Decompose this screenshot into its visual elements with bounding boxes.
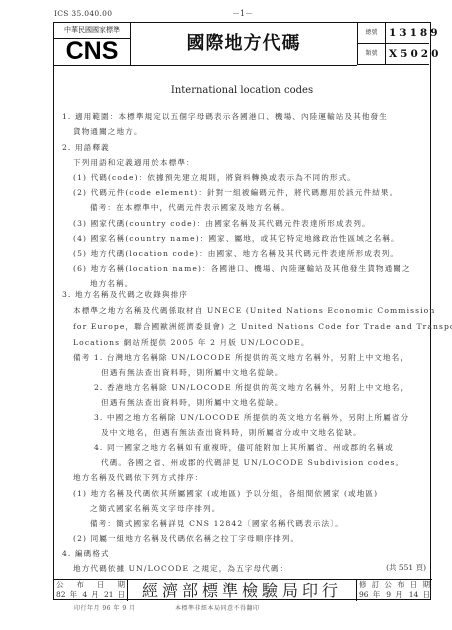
- cns-logo: CNS: [54, 38, 131, 66]
- ics-code: ICS 35.040.00: [54, 9, 112, 18]
- body-line: 但遇有無法查出資料時，則所屬中文地名從缺。: [101, 367, 284, 378]
- body-line: 4. 同一國家之地方名稱如有重複時，儘可能附加上其所屬省、州或郡的名稱或: [94, 442, 394, 453]
- body-line: (1) 代碼(code)：依據預先建立規則，將資料轉換或表示為不同的形式。: [73, 172, 356, 183]
- revised-date-box: 修 訂 公 布 日 期 96 年 9 月 14 日: [357, 579, 432, 601]
- body-line: 備考 1. 台灣地方名稱除 UN/LOCODE 所提供的英文地方名稱外，另附上中…: [73, 352, 409, 363]
- document-frame: 中華民國國家標準 CNS 國際地方代碼 總號 13189 類號 X5020 In…: [53, 22, 431, 600]
- publish-date-value: 82 年 4 月 21 日: [54, 590, 127, 600]
- body-line: (1) 地方名稱及代碼依其所屬國家 (或地區) 予以分組，各組間依國家 (或地區…: [73, 488, 378, 499]
- body-line: 之簡式國家名稱英文字母序排列。: [90, 503, 220, 514]
- page-marker: －1－: [232, 8, 253, 19]
- body-line: (2) 代碼元件(code element)：針對一組被編碼元件，將代碼應用於該…: [73, 187, 398, 198]
- body-line: (5) 地方代碼(location code)：由國家、地方名稱及其代碼元件表達…: [73, 248, 399, 259]
- body-line: 及中文地名，但遇有無法查出資料時，則所屬省分或中文地名從缺。: [101, 427, 362, 438]
- body-line: 2. 用語釋義: [62, 142, 110, 153]
- body-line: 地方代碼依據 UN/LOCODE 之規定，為五字母代碼：: [73, 563, 288, 574]
- body-line: 備考：簡式國家名稱詳見 CNS 12842〔國家名稱代碼表示法〕。: [90, 518, 344, 529]
- revised-date-value: 96 年 9 月 14 日: [357, 590, 432, 600]
- publisher: 經濟部標準檢驗局印行: [128, 579, 357, 601]
- publish-date-label: 公 布 日 期: [54, 580, 127, 590]
- document-title-en: International location codes: [54, 85, 430, 96]
- body-line: (2) 同屬一組地方名稱及代碼依名稱之拉丁字母順序排列。: [73, 533, 299, 544]
- body-line: 地方名稱及代碼依下列方式排序：: [73, 472, 203, 483]
- body-line: 4. 編碼格式: [62, 548, 110, 559]
- total-no-label: 總號: [357, 23, 385, 44]
- body-line: 備考：在本標準中，代碼元件表示國家及地方名稱。: [90, 202, 290, 213]
- body-line: 貨物通關之地方。: [73, 126, 143, 137]
- body-line: (4) 國家名稱(country name)：國家、屬地，或其它特定地緣政治性區…: [73, 233, 400, 244]
- body-line: Locations 網站所提供 2005 年 2 月版 UN/LOCODE。: [73, 337, 310, 348]
- print-date: 印行年月 96 年 9 月: [74, 603, 136, 612]
- body-line: 2. 香港地方名稱除 UN/LOCODE 所提供的英文地方名稱外，另附上中文地名…: [94, 382, 409, 393]
- body-line: for Europe，聯合國歐洲經濟委員會) 之 United Nations …: [73, 321, 452, 332]
- body-line: 下列用語和定義適用於本標準：: [73, 157, 195, 168]
- body-line: 代碼。各國之省、州或郡的代碼詳見 UN/LOCODE Subdivision c…: [101, 457, 404, 468]
- revised-date-label: 修 訂 公 布 日 期: [357, 580, 432, 590]
- body-line: 地方名稱。: [90, 278, 133, 289]
- body-line: (3) 國家代碼(country code)：由國家名稱及其代碼元件表達所形成表…: [73, 218, 371, 229]
- total-no-value: 13189: [385, 23, 429, 44]
- copyright-note: 本標準非經本局同意不得翻印: [175, 603, 260, 612]
- body-line: 3. 中國之地方名稱除 UN/LOCODE 所提供的英文地方名稱外，另附上所屬省…: [94, 412, 409, 423]
- body-line: 1. 適用範圍：本標準規定以五個字母碼表示各國港口、機場、內陸運輸站及其他發生: [62, 111, 388, 122]
- total-pages: (共 551 頁): [386, 562, 426, 573]
- standard-title: 國際地方代碼: [130, 23, 357, 66]
- body-line: 但遇有無法查出資料時，則所屬中文地名從缺。: [101, 397, 284, 408]
- body-line: (6) 地方名稱(location name)：各國港口、機場、內陸運輸站及其他…: [73, 263, 411, 274]
- class-no-value: X5020: [385, 44, 429, 65]
- publish-date-box: 公 布 日 期 82 年 4 月 21 日: [54, 579, 128, 601]
- body-line: 本標準之地方名稱及代碼係取材自 UNECE (United Nations Ec…: [73, 305, 435, 316]
- body-line: 3. 地方名稱及代碼之收錄與排序: [62, 289, 188, 300]
- class-no-label: 類號: [357, 44, 385, 65]
